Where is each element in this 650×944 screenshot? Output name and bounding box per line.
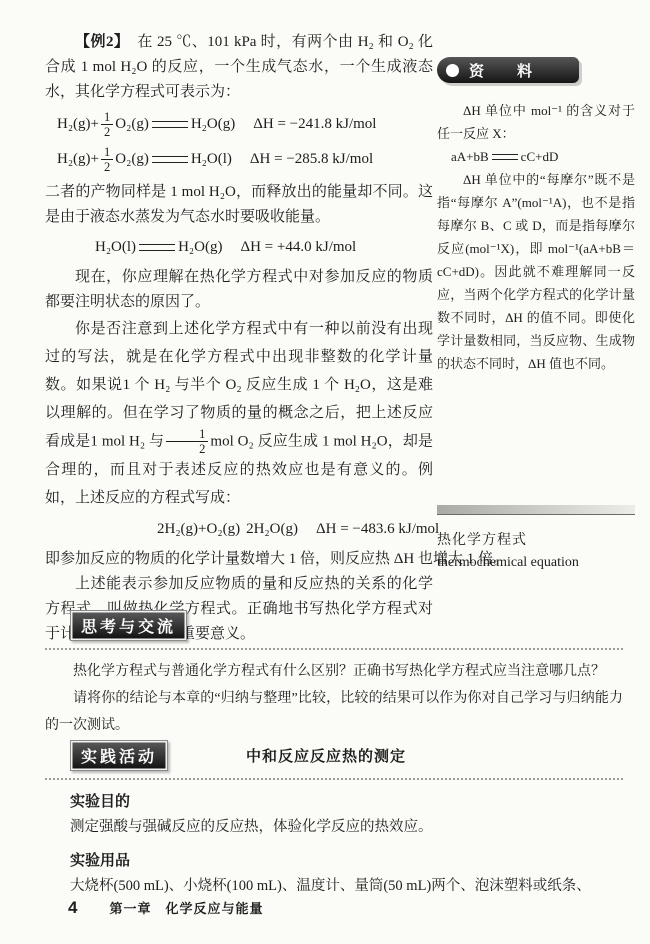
practice-activity-badge: 实践活动: [70, 740, 168, 771]
eq2-lhs-pre: H₂(g)+: [57, 147, 99, 172]
ref-eq-lhs: aA+bB: [451, 145, 489, 168]
equation-doubled: 2H₂(g)+O₂(g)2H₂O(g)ΔH = −483.6 kJ/mol: [45, 517, 433, 542]
reference-paragraph-1: ΔH 单位中 mol⁻¹ 的含义对于任一反应 X：: [437, 99, 635, 145]
reference-badge-label: 资 料: [469, 60, 541, 81]
textbook-page: 【例2】 在 25 ℃、101 kPa 时，有两个由 H₂ 和 O₂ 化合成 1…: [0, 0, 650, 944]
fraction-one-half: 12: [166, 427, 208, 457]
dotted-divider: [45, 778, 623, 780]
notice-paragraph: 你是否注意到上述化学方程式中有一种以前没有出现过的写法，就是在化学方程式中出现非…: [45, 315, 433, 513]
term-english: thermochemical equation: [437, 555, 635, 571]
page-number: 4: [68, 898, 77, 918]
eq1-lhs-post: O₂(g): [115, 112, 149, 137]
experiment-purpose-heading: 实验目的: [70, 790, 623, 811]
eq1-lhs-pre: H₂(g)+: [57, 112, 99, 137]
circle-bullet-icon: [446, 64, 459, 77]
eq1-enthalpy: ΔH = −241.8 kJ/mol: [253, 112, 376, 137]
think-exchange-badge: 思考与交流: [70, 610, 187, 641]
gradient-rule: [437, 505, 635, 515]
experiment-supplies-heading: 实验用品: [70, 849, 623, 870]
eq1-rhs: H₂O(g): [191, 112, 235, 137]
fraction-denominator: 2: [101, 125, 113, 139]
fraction-denominator: 2: [101, 160, 113, 174]
products-paragraph: 二者的产物同样是 1 mol H₂O，而释放出的能量却不同。这是由于液态水蒸发为…: [45, 180, 433, 230]
fraction-numerator: 1: [101, 110, 113, 125]
reference-equation: aA+bBcC+dD: [437, 145, 635, 168]
reference-badge: 资 料: [437, 57, 579, 83]
eq3-lhs: H₂O(l): [95, 235, 136, 260]
page-footer: 4 第一章 化学反应与能量: [45, 898, 263, 918]
reference-paragraph-2: ΔH 单位中的“每摩尔”既不是指“每摩尔 A”(mol⁻¹A)，也不是指每摩尔 …: [437, 168, 635, 375]
eq2-lhs-post: O₂(g): [115, 147, 149, 172]
fraction-one-half: 12: [101, 145, 113, 175]
practice-activity-section: 实践活动 中和反应反应热的测定 实验目的 测定强酸与强碱反应的反应热，体验化学反…: [45, 740, 623, 898]
fraction-one-half: 12: [101, 110, 113, 140]
reaction-equals-icon: [152, 156, 188, 163]
notice-text-a: 你是否注意到上述化学方程式中有一种以前没有出现过的写法，就是在化学方程式中出现非…: [45, 321, 433, 449]
chapter-title: 第一章 化学反应与能量: [109, 898, 263, 917]
think-question-1: 热化学方程式与普通化学方程式有什么区别？正确书写热化学方程式应当注意哪几点？: [45, 658, 623, 685]
margin-term-note: 热化学方程式 thermochemical equation: [437, 505, 635, 571]
fraction-denominator: 2: [166, 442, 208, 456]
eq4-rhs: 2H₂O(g): [246, 517, 298, 542]
now-paragraph: 现在，你应理解在热化学方程式中对参加反应的物质都要注明状态的原因了。: [45, 265, 433, 315]
ref-eq-rhs: cC+dD: [521, 145, 559, 168]
reaction-equals-icon: [139, 244, 175, 251]
example-label: 【例2】: [75, 34, 122, 50]
fraction-numerator: 1: [101, 145, 113, 160]
equation-h2o-liquid: H₂(g)+12O₂(g)H₂O(l)ΔH = −285.8 kJ/mol: [45, 145, 433, 175]
eq3-enthalpy: ΔH = +44.0 kJ/mol: [240, 235, 356, 260]
double-paragraph: 即参加反应的物质的化学计量数增大 1 倍，则反应热 ΔH 也增大 1 倍。: [45, 547, 433, 572]
reference-sidebar: 资 料 ΔH 单位中 mol⁻¹ 的含义对于任一反应 X： aA+bBcC+dD…: [437, 57, 635, 375]
example-paragraph: 【例2】 在 25 ℃、101 kPa 时，有两个由 H₂ 和 O₂ 化合成 1…: [45, 30, 433, 105]
eq2-rhs: H₂O(l): [191, 147, 232, 172]
experiment-supplies-text: 大烧杯(500 mL)、小烧杯(100 mL)、温度计、量筒(50 mL)两个、…: [70, 874, 623, 898]
eq2-enthalpy: ΔH = −285.8 kJ/mol: [250, 147, 373, 172]
think-exchange-text: 热化学方程式与普通化学方程式有什么区别？正确书写热化学方程式应当注意哪几点？ 请…: [45, 658, 623, 739]
eq4-lhs: 2H₂(g)+O₂(g): [157, 517, 240, 542]
eq3-rhs: H₂O(g): [178, 235, 222, 260]
term-chinese: 热化学方程式: [437, 529, 635, 549]
think-exchange-section: 思考与交流 热化学方程式与普通化学方程式有什么区别？正确书写热化学方程式应当注意…: [45, 610, 623, 739]
reference-text: ΔH 单位中 mol⁻¹ 的含义对于任一反应 X： aA+bBcC+dD ΔH …: [437, 99, 635, 375]
reaction-equals-icon: [152, 121, 188, 128]
experiment-purpose-text: 测定强酸与强碱反应的反应热，体验化学反应的热效应。: [70, 815, 623, 839]
equation-h2o-gas: H₂(g)+12O₂(g)H₂O(g)ΔH = −241.8 kJ/mol: [45, 110, 433, 140]
think-question-2: 请将你的结论与本章的“归纳与整理”比较，比较的结果可以作为你对自己学习与归纳能力…: [45, 685, 623, 739]
practice-activity-title: 中和反应反应热的测定: [246, 745, 406, 766]
equation-vaporization: H₂O(l)H₂O(g)ΔH = +44.0 kJ/mol: [45, 235, 433, 260]
fraction-numerator: 1: [166, 427, 208, 442]
reaction-equals-icon: [492, 154, 518, 160]
eq4-enthalpy: ΔH = −483.6 kJ/mol: [316, 517, 439, 542]
dotted-divider: [45, 648, 623, 650]
main-text-column: 【例2】 在 25 ℃、101 kPa 时，有两个由 H₂ 和 O₂ 化合成 1…: [45, 30, 433, 647]
practice-badge-row: 实践活动 中和反应反应热的测定: [45, 740, 623, 771]
